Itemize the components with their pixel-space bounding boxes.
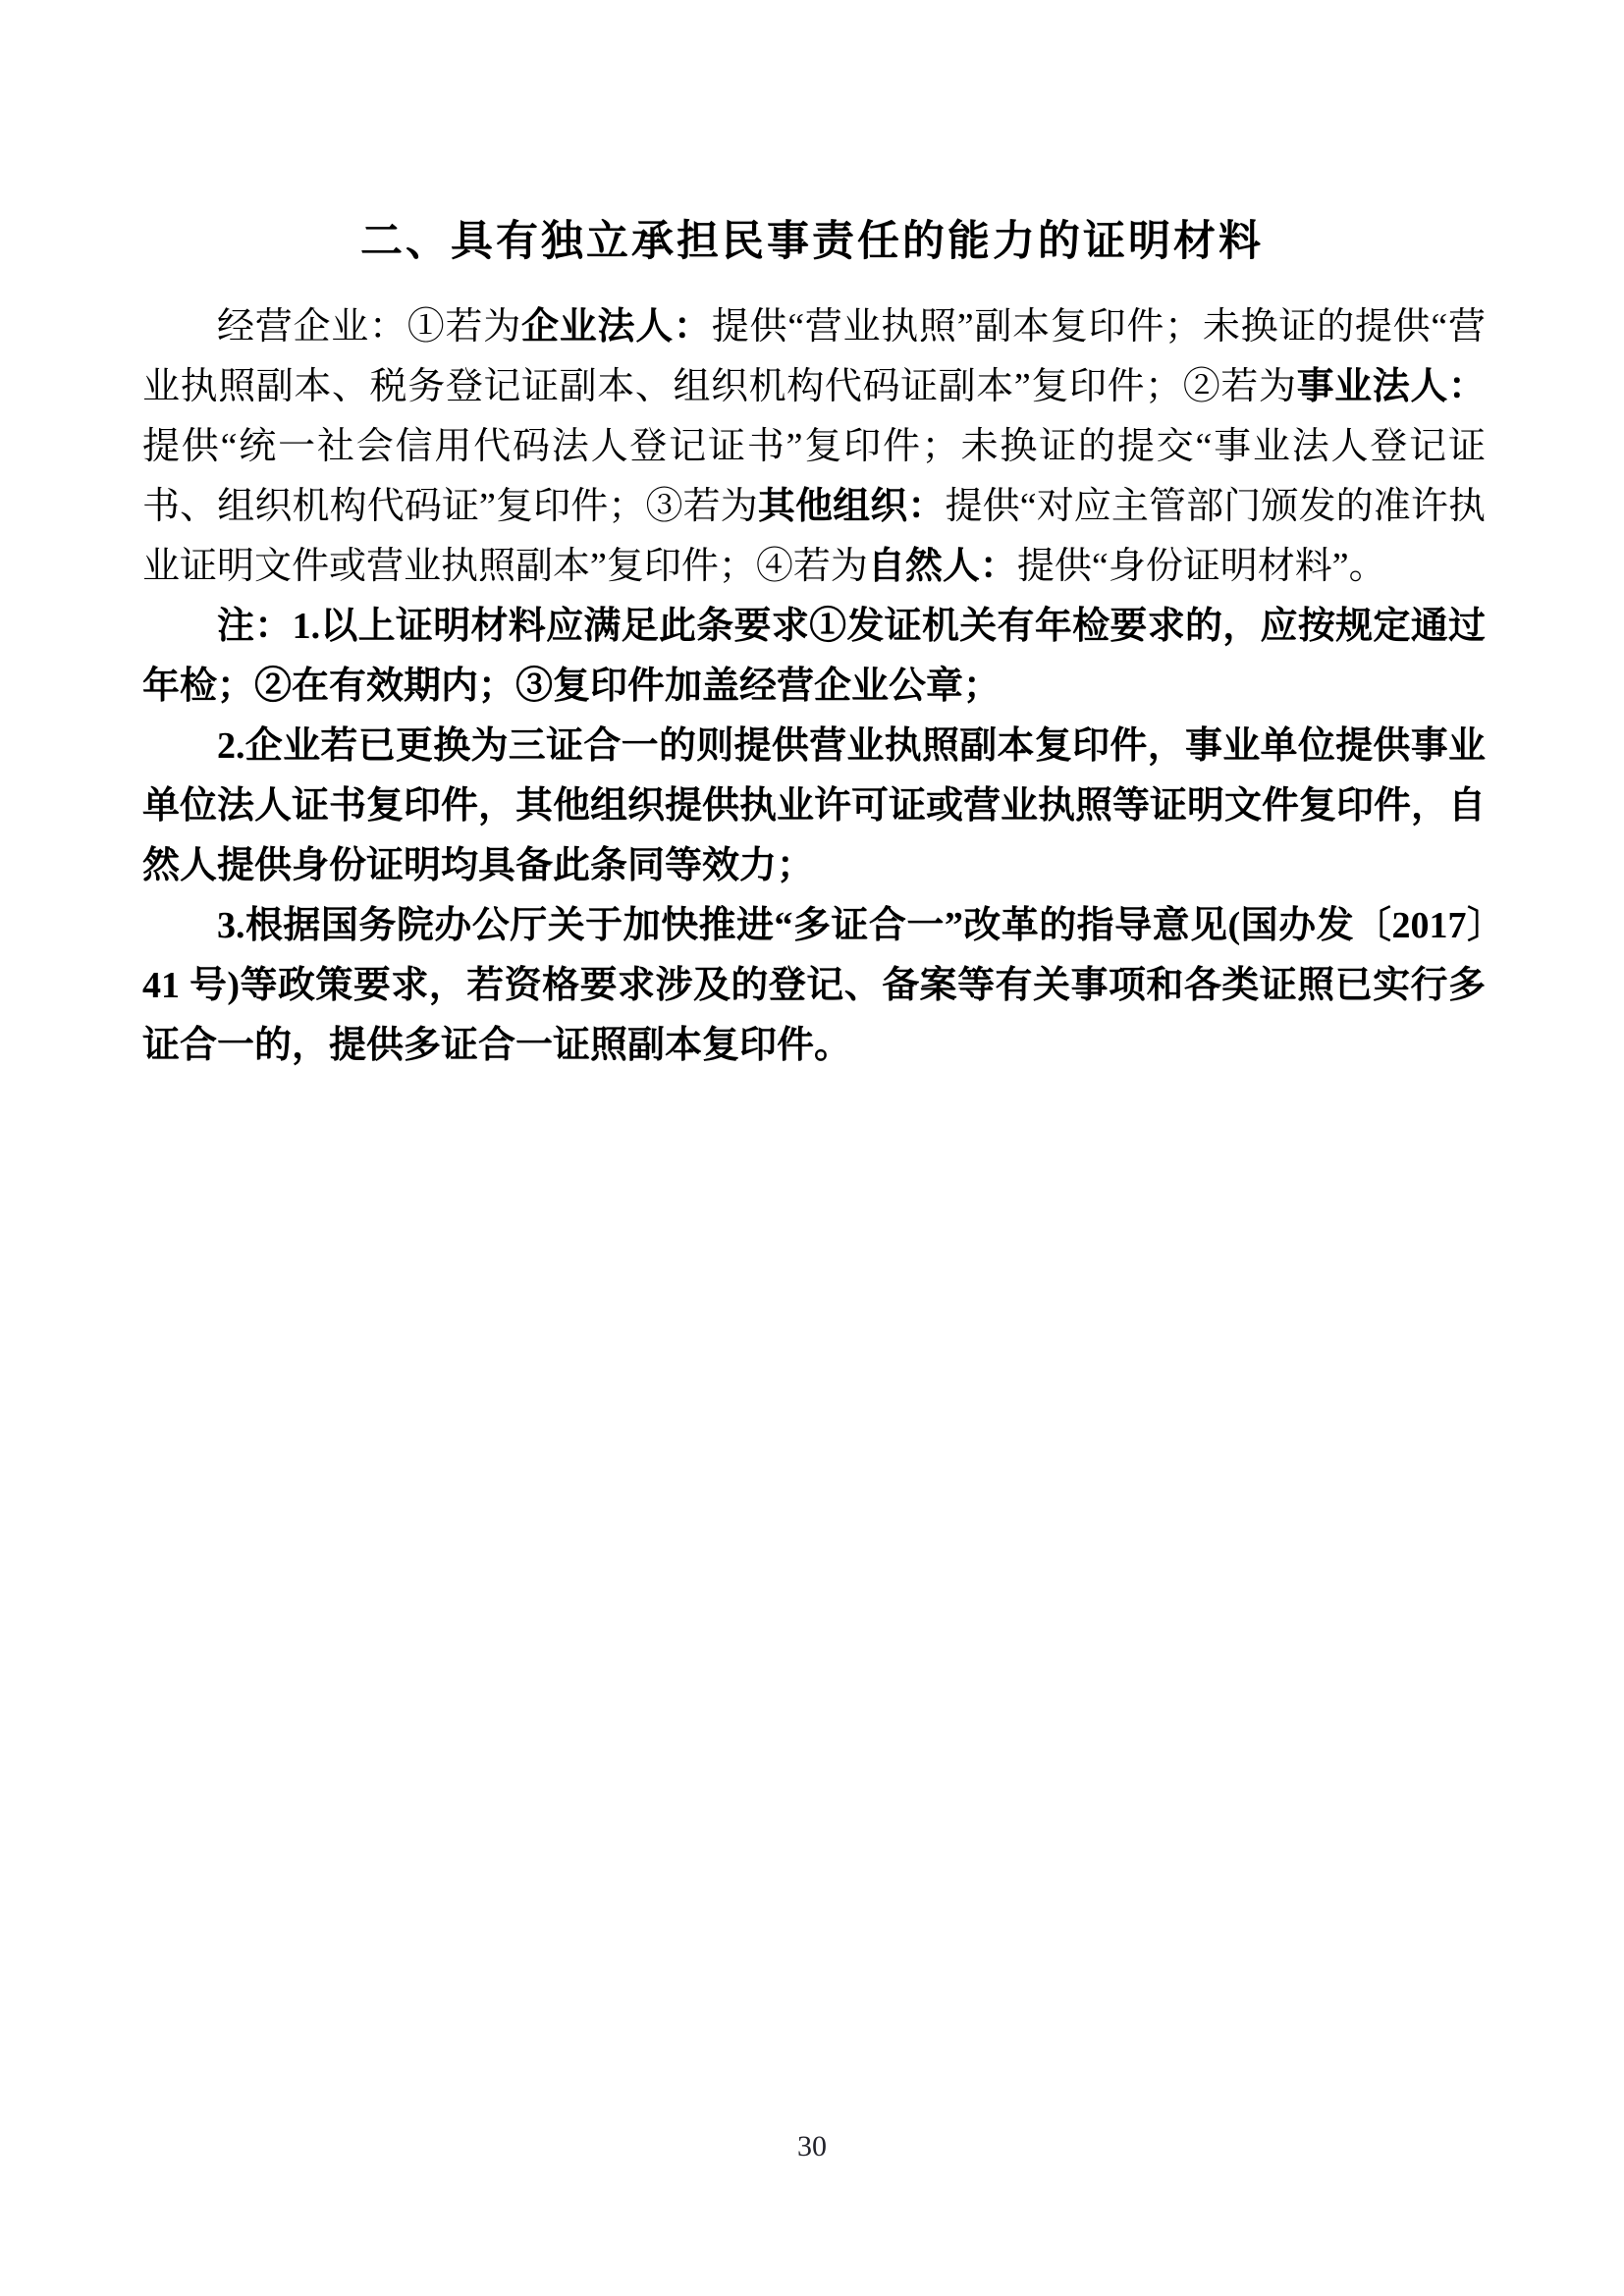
paragraph-run-bold-natural-person: 自然人： [868, 546, 1017, 587]
page-number: 30 [0, 2130, 1624, 2163]
paragraph-run-bold-other-organization: 其他组织： [758, 486, 946, 527]
note-paragraph-3: 3.根据国务院办公厅关于加快推进“多证合一”改革的指导意见(国办发〔2017〕4… [142, 896, 1486, 1076]
paragraph-run-bold-public-institution-legal-person: 事业法人： [1297, 366, 1486, 407]
paragraph-run: 提供“身份证明材料”。 [1017, 546, 1386, 587]
note-paragraph-1: 注：1.以上证明材料应满足此条要求①发证机关有年检要求的，应按规定通过年检；②在… [142, 597, 1486, 717]
section-title: 二、具有独立承担民事责任的能力的证明材料 [0, 208, 1624, 268]
paragraph-run-bold-enterprise-legal-person: 企业法人： [521, 306, 712, 347]
paragraph-run: 经营企业：①若为 [217, 306, 521, 347]
document-body: 经营企业：①若为企业法人：提供“营业执照”副本复印件；未换证的提供“营业执照副本… [142, 297, 1486, 1076]
note-paragraph-2: 2.企业若已更换为三证合一的则提供营业执照副本复印件，事业单位提供事业单位法人证… [142, 717, 1486, 896]
document-page: 二、具有独立承担民事责任的能力的证明材料 经营企业：①若为企业法人：提供“营业执… [0, 0, 1624, 2296]
paragraph-certificates: 经营企业：①若为企业法人：提供“营业执照”副本复印件；未换证的提供“营业执照副本… [142, 297, 1486, 597]
